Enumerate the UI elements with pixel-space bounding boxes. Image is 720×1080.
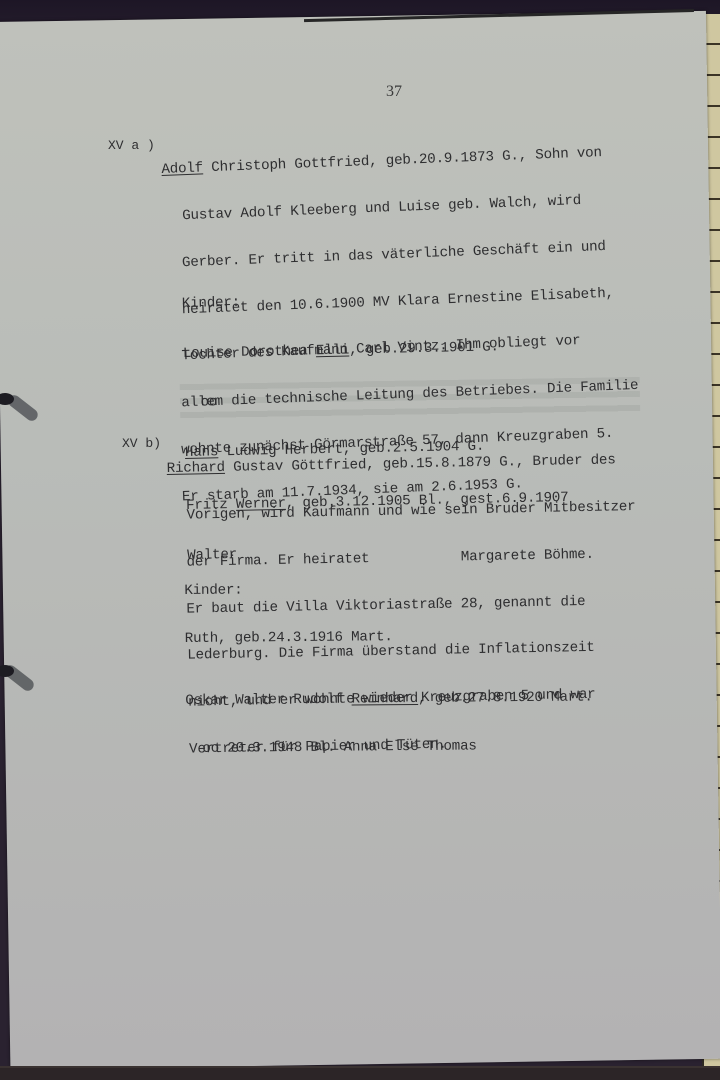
entry-xvb-line-1: Richard Gustav Göttfried, geb.15.8.1879 … bbox=[167, 453, 635, 478]
child-elli: Louise Dorothea Elli, geb.29.3.1901 G. bbox=[183, 337, 566, 362]
child-ruth: Ruth, geb.24.3.1916 Mart. bbox=[185, 627, 593, 647]
entry-xva-line-1: Adolf Christoph Gottfried, geb.20.9.1873… bbox=[161, 145, 630, 179]
children-heading: Kinder: bbox=[184, 579, 592, 599]
page-number: 37 bbox=[386, 83, 402, 101]
entry-xvb-name: Richard bbox=[167, 460, 225, 477]
entry-xva-name: Adolf bbox=[161, 161, 203, 179]
entry-xva-line-2: Gustav Adolf Kleeberg und Luise geb. Wal… bbox=[163, 192, 632, 226]
child-reinhard: Oskar Walter Rudolf Reinhard, geb.27.8.1… bbox=[185, 689, 593, 709]
entry-label-xvb: XV b) bbox=[122, 436, 161, 451]
child-reinhard-marriage: oo 20.3.1948 Bl. Anna Else Thomas bbox=[186, 737, 594, 757]
child-marriage-mark: oo bbox=[184, 387, 567, 412]
entry-xvb-line-2: Vorigen, wird Kaufmann und wie sein Brud… bbox=[167, 500, 635, 525]
children-heading: Kinder: bbox=[182, 288, 565, 313]
page-bottom-edge bbox=[0, 1066, 720, 1080]
entry-label-xva: XV a ) bbox=[108, 138, 155, 153]
entry-xvb-children: Kinder: Ruth, geb.24.3.1916 Mart. Oskar … bbox=[184, 547, 593, 773]
